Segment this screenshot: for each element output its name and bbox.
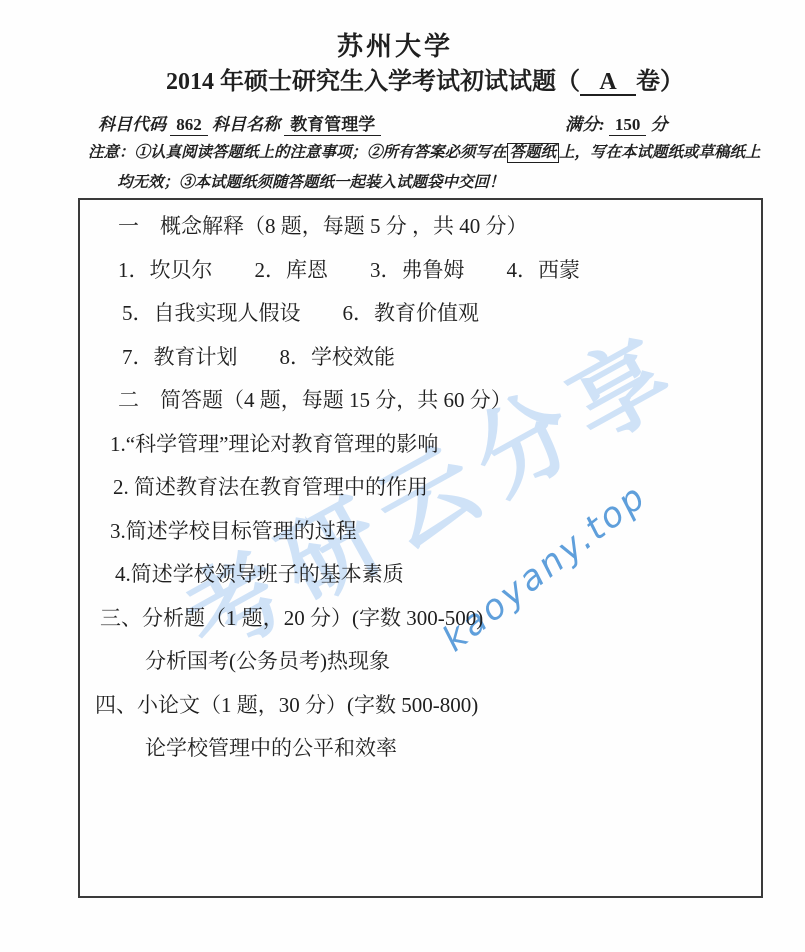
question-line: 1．坎贝尔 2．库恩 3．弗鲁姆 4．西蒙 bbox=[118, 258, 761, 282]
notice-boxed-term: 答题纸 bbox=[507, 143, 560, 163]
section-3-heading: 三、分析题（1 题，20 分）(字数 300-500) bbox=[100, 606, 761, 630]
exam-title-suffix: 卷） bbox=[636, 69, 684, 95]
question-line: 1.“科学管理”理论对教育管理的影响 bbox=[110, 432, 761, 456]
question-box: 一 概念解释（8 题，每题 5 分 ，共 40 分） 1．坎贝尔 2．库恩 3．… bbox=[78, 198, 763, 898]
notice-text-1: ①认真阅读答题纸上的注意事项；②所有答案必须写在 bbox=[135, 144, 507, 161]
subject-code-value: 862 bbox=[170, 115, 208, 136]
paper-variant-value: A bbox=[599, 69, 616, 95]
question-line: 2. 简述教育法在教育管理中的作用 bbox=[113, 475, 761, 499]
notice-label: 注意： bbox=[88, 144, 135, 161]
subject-code-label: 科目代码 bbox=[98, 115, 166, 134]
paper-variant-blank: A bbox=[580, 70, 636, 96]
question-line: 7．教育计划 8．学校效能 bbox=[122, 345, 761, 369]
full-score-value: 150 bbox=[609, 115, 647, 136]
subject-name-value: 教育管理学 bbox=[284, 115, 381, 136]
question-line: 论学校管理中的公平和效率 bbox=[145, 736, 761, 760]
full-score: 满分: 150 分 bbox=[565, 110, 668, 135]
notice-text-2: 上，写在本试题纸或草稿纸上 bbox=[559, 144, 761, 161]
question-line: 分析国考(公务员考)热现象 bbox=[145, 649, 761, 673]
section-4-heading: 四、小论文（1 题，30 分）(字数 500-800) bbox=[95, 693, 761, 717]
full-score-label: 满分: bbox=[565, 115, 605, 134]
question-line: 3.简述学校目标管理的过程 bbox=[110, 519, 761, 543]
notice: 注意：①认真阅读答题纸上的注意事项；②所有答案必须写在答题纸上，写在本试题纸或草… bbox=[88, 141, 803, 195]
subject-name-label: 科目名称 bbox=[212, 115, 280, 134]
exam-title: 2014 年硕士研究生入学考试初试试题（A卷） bbox=[0, 61, 805, 96]
notice-line-2: 均无效；③本试题纸须随答题纸一起装入试题袋中交回！ bbox=[88, 171, 803, 195]
subject-row: 科目代码 862 科目名称 教育管理学 满分: 150 分 bbox=[98, 110, 738, 135]
question-line: 4.简述学校领导班子的基本素质 bbox=[115, 562, 761, 586]
question-line: 5．自我实现人假设 6．教育价值观 bbox=[122, 301, 761, 325]
section-1-heading: 一 概念解释（8 题，每题 5 分 ，共 40 分） bbox=[118, 214, 761, 238]
exam-title-prefix: 2014 年硕士研究生入学考试初试试题（ bbox=[166, 69, 580, 95]
exam-paper-page: 考研云分享 kaoyany.top 苏州大学 2014 年硕士研究生入学考试初试… bbox=[0, 0, 805, 952]
section-2-heading: 二 简答题（4 题，每题 15 分，共 60 分） bbox=[118, 388, 761, 412]
full-score-unit: 分 bbox=[651, 115, 668, 134]
university-name: 苏州大学 bbox=[0, 26, 790, 63]
